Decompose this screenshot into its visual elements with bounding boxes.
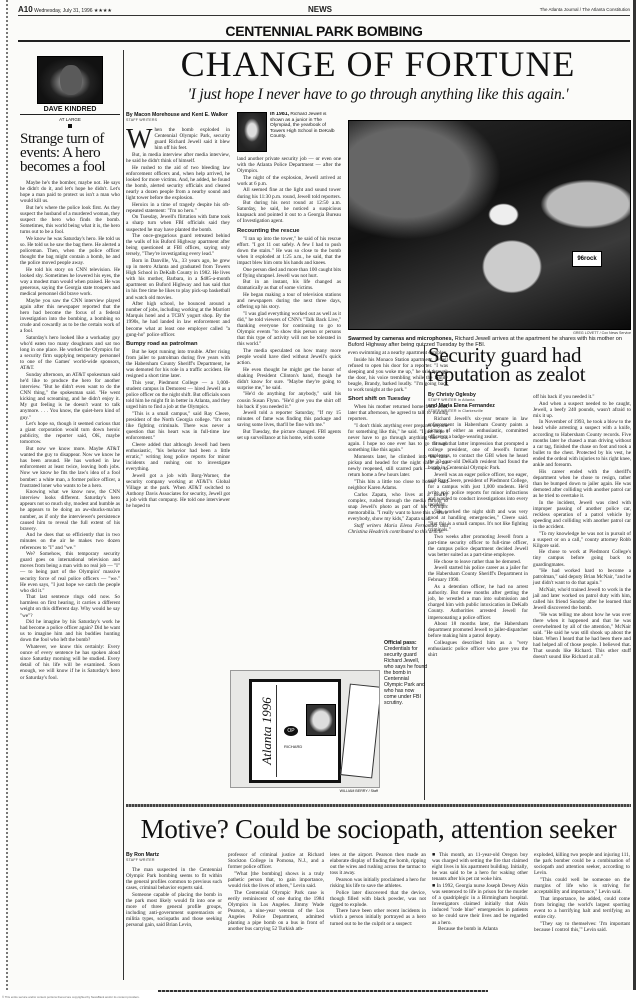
page-folio: A10 Wednesday, July 31, 1996 ★★★★ NEWS T… (18, 4, 630, 16)
byline-role: STAFF WRITER in Clarkesville (428, 409, 528, 413)
paragraph: Pearson was initially proclaimed a hero … (330, 877, 426, 889)
byline-role: STAFF WRITERS (126, 118, 230, 122)
paragraph: That last sentence rings odd now. So har… (20, 594, 120, 618)
paragraph: "He worked the night shift and was very … (428, 509, 528, 533)
paragraph: Sunday afternoon, an AT&T spokesman said… (20, 372, 120, 421)
paragraph: As a detention officer, he had no arrest… (428, 584, 528, 621)
paragraph: There have been other recent incidents i… (330, 908, 426, 926)
paragraph: Whatever, we know this certainly: Every … (20, 644, 120, 681)
paragraph: McNair, who'd trained Jewell to work in … (533, 587, 631, 611)
paragraph: "This is a small campus," said Ray Cleer… (126, 411, 230, 441)
byline-role: STAFF WRITER in Atlanta (428, 398, 528, 402)
paragraph: "He had worked hard to become a patrolma… (533, 568, 631, 586)
motive-headline: Motive? Could be sociopath, attention se… (126, 814, 631, 844)
paragraph: "He was telling me about how he was over… (533, 612, 631, 661)
paragraph: We? Somehow, this temporary security gua… (20, 551, 120, 594)
paragraph: But in an instant, his life changed as d… (237, 279, 341, 291)
badge-name: RICHARD (284, 744, 302, 749)
columnist-name: DAVE KINDRED (20, 106, 120, 115)
paragraph: letes at the airport. Pearson then made … (330, 852, 426, 876)
paragraph: But now we know more. Maybe AT&T wanted … (20, 446, 120, 489)
photo-caption: Official pass: Credentials for security … (384, 640, 428, 706)
paragraph: "I ran up into the tower," he said of hi… (237, 236, 341, 266)
paragraph: "This could well be someone on the margi… (534, 877, 630, 895)
paragraph: Knowing what we know now, the CNN interv… (20, 489, 120, 532)
paragraph: "I was glad everything worked out as wel… (237, 311, 341, 348)
paragraph: ■ This month, an 11-year-old Oregon boy … (432, 852, 528, 882)
paragraph: Jewell got a job with Borg-Warner, the s… (126, 473, 230, 510)
motive-column-1: By Ron Martz STAFF WRITER The man suspec… (126, 852, 222, 929)
section-label: NEWS (308, 5, 332, 14)
section-heading: CENTENNIAL PARK BOMBING (18, 22, 630, 42)
byline-role: STAFF WRITER (126, 858, 222, 862)
newspaper-page: A10 Wednesday, July 31, 1996 ★★★★ NEWS T… (6, 0, 636, 990)
issue-date: Wednesday, July 31, 1996 ★★★★ (34, 8, 112, 14)
main-story-column-1: By Macon Morehouse and Kent E. Walker ST… (126, 112, 230, 510)
yearbook-photo (237, 112, 267, 152)
motive-column-3: letes at the airport. Pearson then made … (330, 852, 426, 927)
paragraph: But, in media interview after media inte… (126, 152, 230, 164)
motive-column-4: ■ This month, an 11-year-old Oregon boy … (432, 852, 528, 933)
paragraph: Colleagues described him as a "very enth… (428, 640, 528, 658)
paragraph: About 18 months later, the Habersham dep… (428, 621, 528, 639)
paragraph: All seemed fine at the light and sound t… (237, 187, 341, 199)
column-tag: AT LARGE (20, 117, 120, 122)
paragraph: professor of criminal justice at Richard… (228, 852, 324, 870)
page-number: A10 (18, 5, 33, 14)
paragraph: His career ended with the sheriff's depa… (533, 469, 631, 499)
paragraph: Someone capable of placing the bomb in t… (126, 892, 222, 929)
publication-name: The Atlanta Journal / The Atlanta Consti… (540, 7, 630, 12)
motive-column-5: exploded, killing two people and injurin… (534, 852, 630, 933)
paragraph: hen the bomb exploded in Centennial Olym… (154, 127, 230, 151)
paragraph: Two weeks after promoting Jewell from a … (428, 534, 528, 558)
columnist-photo (37, 56, 103, 104)
motive-column-2: professor of criminal justice at Richard… (228, 852, 324, 933)
badge-portrait (306, 704, 336, 736)
paragraph: And he does that so efficiently that in … (20, 532, 120, 550)
column-divider (123, 50, 124, 980)
zealot-column-2: off his back if you needed it." And when… (533, 394, 631, 661)
paragraph: This year, Piedmont College — a 1,000-st… (126, 380, 230, 410)
paragraph: ■ In 1992, Georgia nurse Joseph Dewey Ak… (432, 883, 528, 926)
credential-photo: Atlanta 1996 OP RICHARD (230, 670, 380, 788)
paragraph: One person died and more than 100 caught… (237, 267, 341, 279)
paragraph: In the incident, Jewell was cited with i… (533, 500, 631, 530)
column-divider (424, 345, 425, 800)
paragraph: "What [the bombing] shows is a truly pat… (228, 871, 324, 889)
paragraph: On Tuesday, Jewell's flirtation with fam… (126, 214, 230, 232)
paragraph: He chose to leave rather than be demoted… (428, 559, 528, 565)
caption-text: Credentials for security guard Richard J… (384, 646, 427, 706)
badge-logo-text: Atlanta 1996 (259, 691, 275, 771)
paragraph: Let's hope so, though it seemed curious … (20, 421, 120, 445)
paragraph: But Tuesday, the picture changed. FBI ag… (237, 429, 341, 441)
paragraph: Jewell was an eager police officer, too … (428, 472, 528, 509)
paragraph: But he kept running into trouble. After … (126, 349, 230, 379)
paragraph: And when a suspect needed to be caught, … (533, 401, 631, 419)
paragraph: The man suspected in the Centennial Olym… (126, 867, 222, 891)
zealot-column-1: By Christy Oglesby STAFF WRITER in Atlan… (428, 392, 528, 659)
photo-credit: WILLIAM BERRY / Staff (308, 789, 378, 793)
paragraph: The media speculated on how many more pe… (237, 348, 341, 366)
paragraph: We know he was Saturday's hero. He told … (20, 236, 120, 266)
paragraph: He began making a tour of television sta… (237, 292, 341, 310)
column-headline: Strange turn of events: A hero becomes a… (20, 132, 120, 174)
paragraph: It was that latter impression that promp… (428, 441, 528, 471)
paragraph: "He'd do anything for anybody," said his… (237, 391, 341, 409)
paragraph: The Centennial Olympic Park case is eeri… (228, 890, 324, 933)
paragraph: Saturday's hero looked like a workaday g… (20, 335, 120, 372)
main-headline: CHANGE OF FORTUNE (133, 44, 623, 84)
paragraph: Jewell started his police career as a ja… (428, 565, 528, 583)
paragraph: But he's where the police look first. As… (20, 205, 120, 235)
paragraph: land another private security job — or e… (237, 156, 341, 174)
credential-badge: Atlanta 1996 OP RICHARD (249, 679, 341, 783)
photo-credit: GREG LOVETT / Cox News Service (348, 331, 631, 335)
paragraph: Jewell told a reporter Saturday, "If my … (237, 410, 341, 428)
main-story-column-2: In 1981, Richard Jewell is shown as a ju… (237, 112, 341, 442)
paragraph: Born in Danville, Va., 33 years ago, he … (126, 258, 230, 301)
paragraph: Maybe he's the bomber, maybe not. He say… (20, 180, 120, 204)
paragraph: off his back if you needed it." (533, 394, 631, 400)
radio-sign: 96rock (572, 251, 602, 267)
columnist-column: DAVE KINDRED AT LARGE Strange turn of ev… (20, 50, 120, 930)
hero-photo: 96rock (348, 120, 631, 330)
caption-lead: In 1981, (270, 112, 289, 117)
paragraph: "To my knowledge he was not in pursuit o… (533, 531, 631, 549)
paragraph: That importance, he added, could come fr… (534, 896, 630, 920)
paragraph: But during his next round at 12:50 a.m. … (237, 200, 341, 224)
paragraph: exploded, killing two people and injurin… (534, 852, 630, 876)
copyright-notice: © This entire service and/or content por… (2, 995, 140, 999)
paragraph: Maybe you saw the CNN interview played a… (20, 298, 120, 335)
paragraph: "They say to themselves: 'I'm important … (534, 921, 630, 933)
paragraph: He rushed to the aid of two bleeding law… (126, 165, 230, 202)
bullet-icon (68, 124, 72, 128)
paragraph: The once-gregarious guard retreated behi… (126, 233, 230, 257)
subhead: Bumpy road as patrolman (126, 341, 230, 347)
main-deck: 'I just hope I never have to go through … (126, 86, 630, 104)
page-bottom-rule (158, 990, 488, 992)
caption-lead: Swarmed by cameras and microphones, (348, 336, 453, 342)
column-body: Maybe he's the bomber, maybe not. He say… (20, 180, 120, 681)
badge-back (340, 684, 380, 779)
paragraph: Heroics in a time of tragedy despite his… (126, 202, 230, 214)
story-divider (126, 804, 631, 807)
badge-op-icon: OP (284, 726, 298, 736)
drop-cap: W (126, 129, 152, 151)
zealot-headline: Security guard had reputation as zealot (428, 346, 633, 384)
paragraph: After high school, he bounced around a n… (126, 301, 230, 338)
paragraph: Because the bomb in Atlanta (432, 926, 528, 932)
paragraph: He even thought he might get the honor o… (237, 367, 341, 391)
paragraph: In November of 1993, he took a blow to t… (533, 419, 631, 468)
paragraph: The night of the explosion, Jewell arriv… (237, 175, 341, 187)
paragraph: Did he imagine by his Saturday's work he… (20, 619, 120, 643)
paragraph: Cleere added that although Jewell had be… (126, 442, 230, 472)
subhead: Recounting the rescue (237, 228, 341, 234)
paragraph: He chose to work at Piedmont College's t… (533, 549, 631, 567)
paragraph: Richard Jewell's six-year tenure in law … (428, 416, 528, 440)
paragraph: He told his story on CNN television. He … (20, 267, 120, 297)
paragraph: Police later discovered that the device,… (330, 890, 426, 908)
